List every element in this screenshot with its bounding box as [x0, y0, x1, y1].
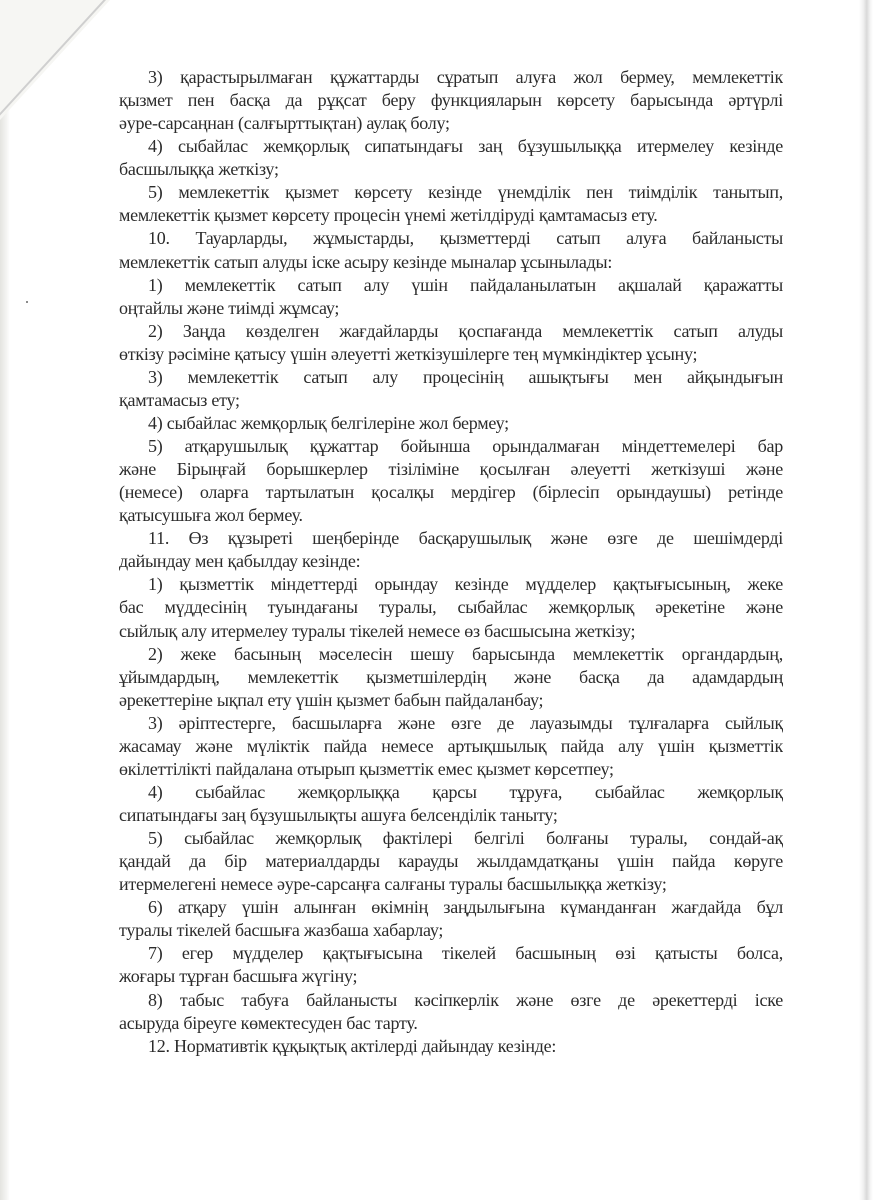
document-line: мемлекеттік қызмет көрсету процесін үнем… [119, 204, 783, 227]
document-line: 1) мемлекеттік сатып алу үшін пайдаланыл… [119, 274, 783, 297]
document-line: өкілеттілікті пайдалана отырып қызметтік… [119, 758, 783, 781]
scanned-page: 3) қарастырылмаған құжаттарды сұратып ал… [0, 0, 873, 1200]
document-line: 1) қызметтік міндеттерді орындау кезінде… [119, 573, 783, 596]
document-line: (немесе) оларға тартылатын қосалқы мерді… [119, 481, 783, 504]
document-line: басшылыққа жеткізу; [119, 158, 783, 181]
document-body: 3) қарастырылмаған құжаттарды сұратып ал… [119, 66, 783, 1058]
scan-edge-left [0, 0, 10, 1200]
document-line: 2) жеке басының мәселесін шешу барысында… [119, 643, 783, 666]
document-line: мемлекеттік сатып алуды іске асыру кезін… [119, 251, 783, 274]
document-line: 4) сыбайлас жемқорлық сипатындағы заң бұ… [119, 135, 783, 158]
document-line: 8) табыс табуға байланысты кәсіпкерлік ж… [119, 989, 783, 1012]
document-line: 4) сыбайлас жемқорлық белгілеріне жол бе… [119, 412, 783, 435]
document-line: ұйымдардың, мемлекеттік қызметшілердің ж… [119, 666, 783, 689]
document-line: оңтайлы және тиімді жұмсау; [119, 297, 783, 320]
document-line: жасамау және мүліктік пайда немесе артық… [119, 735, 783, 758]
scan-edge-right [859, 0, 873, 1200]
document-line: 5) мемлекеттік қызмет көрсету кезінде үн… [119, 181, 783, 204]
document-line: 11. Өз құзыреті шеңберінде басқарушылық … [119, 527, 783, 550]
document-line: сыйлық алу итермелеу туралы тікелей неме… [119, 620, 783, 643]
document-line: 5) атқарушылық құжаттар бойынша орындалм… [119, 435, 783, 458]
document-line: 10. Тауарларды, жұмыстарды, қызметтерді … [119, 227, 783, 250]
document-line: итермелегені немесе әуре-сарсаңға салған… [119, 873, 783, 896]
document-line: және Бірыңғай борышкерлер тізіліміне қос… [119, 458, 783, 481]
scan-speck [26, 301, 28, 303]
document-line: асыруда біреуге көмектесуден бас тарту. [119, 1012, 783, 1035]
document-line: 3) мемлекеттік сатып алу процесінің ашық… [119, 366, 783, 389]
document-line: 3) қарастырылмаған құжаттарды сұратып ал… [119, 66, 783, 89]
document-line: 4) сыбайлас жемқорлыққа қарсы тұруға, сы… [119, 781, 783, 804]
document-line: дайындау мен қабылдау кезінде: [119, 550, 783, 573]
document-line: әуре-сарсаңнан (салғырттықтан) аулақ бол… [119, 112, 783, 135]
document-line: өткізу рәсіміне қатысу үшін әлеуетті жет… [119, 343, 783, 366]
document-line: жоғары тұрған басшыға жүгіну; [119, 965, 783, 988]
document-line: қамтамасыз ету; [119, 389, 783, 412]
document-line: 7) егер мүдделер қақтығысына тікелей бас… [119, 942, 783, 965]
document-line: бас мүддесінің туындағаны туралы, сыбайл… [119, 596, 783, 619]
document-line: 6) атқару үшін алынған өкімнің заңдылығы… [119, 896, 783, 919]
document-line: әрекеттеріне ықпал ету үшін қызмет бабын… [119, 689, 783, 712]
document-line: қызмет пен басқа да рұқсат беру функциял… [119, 89, 783, 112]
document-line: 12. Нормативтік құқықтық актілерді дайын… [119, 1035, 783, 1058]
folded-corner [0, 0, 110, 120]
document-line: қатысушыға жол бермеу. [119, 504, 783, 527]
document-line: 3) әріптестерге, басшыларға және өзге де… [119, 712, 783, 735]
document-line: туралы тікелей басшыға жазбаша хабарлау; [119, 919, 783, 942]
document-line: 5) сыбайлас жемқорлық фактілері белгілі … [119, 827, 783, 850]
document-line: сипатындағы заң бұзушылықты ашуға белсен… [119, 804, 783, 827]
document-line: қандай да бір материалдарды карауды жылд… [119, 850, 783, 873]
document-line: 2) Заңда көзделген жағдайларды қоспағанд… [119, 320, 783, 343]
